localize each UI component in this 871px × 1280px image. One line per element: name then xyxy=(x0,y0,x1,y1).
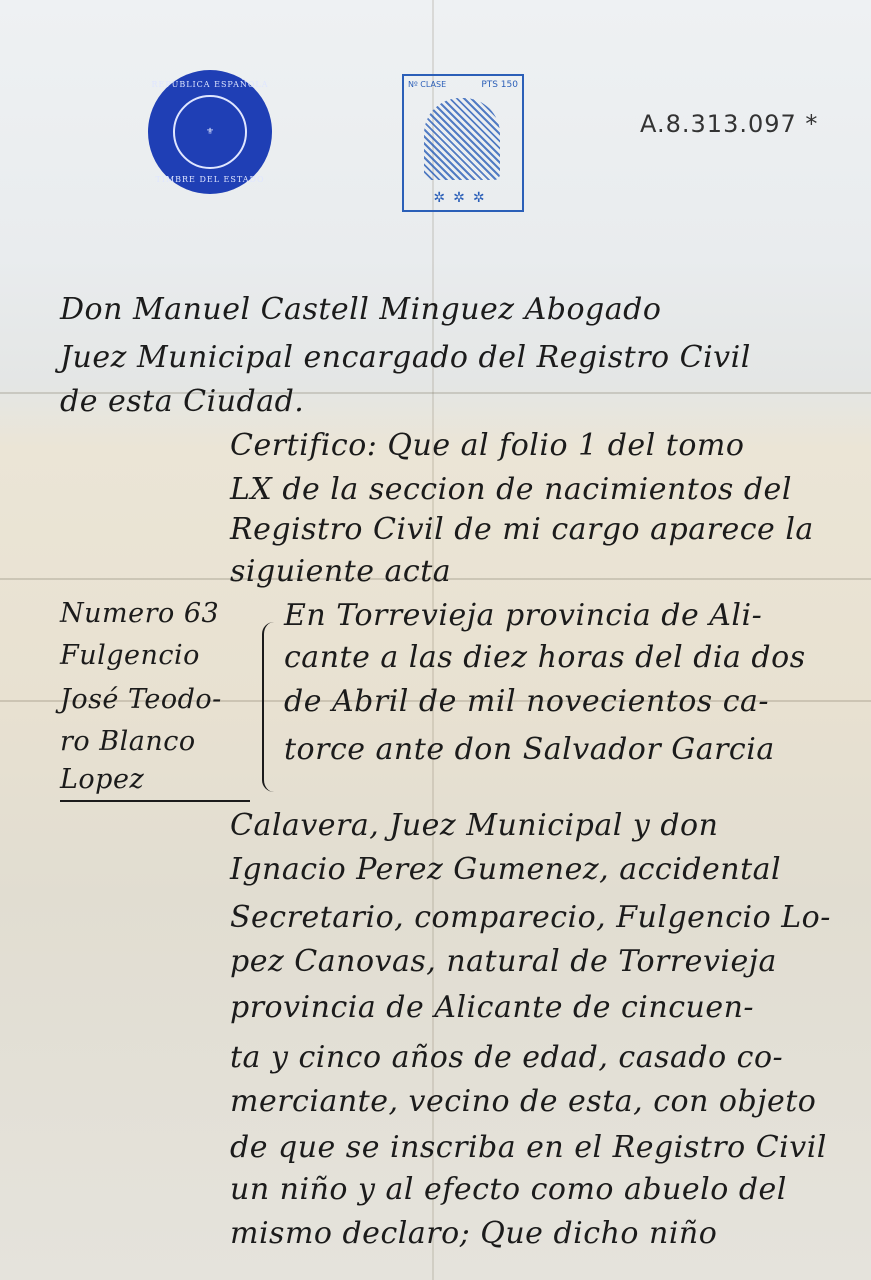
state-seal-icon: REPUBLICA ESPAÑOLA ⚜ TIMBRE DEL ESTADO xyxy=(148,70,272,194)
seal-top-text: REPUBLICA ESPAÑOLA xyxy=(148,80,272,89)
stamp-class: Nº CLASE xyxy=(408,80,446,89)
text-line: pez Canovas, natural de Torrevieja xyxy=(230,944,777,979)
margin-note-line: Lopez xyxy=(60,764,144,795)
text-line: Don Manuel Castell Minguez Abogado xyxy=(60,292,661,327)
stamp-value: PTS 150 xyxy=(481,80,518,90)
text-line: de Abril de mil novecientos ca- xyxy=(284,684,769,719)
text-line: de que se inscriba en el Registro Civil xyxy=(230,1130,827,1165)
margin-note-line: Numero 63 xyxy=(60,598,219,629)
serial-number: A.8.313.097 * xyxy=(640,110,818,138)
text-line: siguiente acta xyxy=(230,554,451,589)
margin-note-line: José Teodo- xyxy=(60,684,222,715)
text-line: En Torrevieja provincia de Ali- xyxy=(284,598,762,633)
text-line: merciante, vecino de esta, con objeto xyxy=(230,1084,816,1119)
document-page: REPUBLICA ESPAÑOLA ⚜ TIMBRE DEL ESTADO N… xyxy=(0,0,871,1280)
text-line: ta y cinco años de edad, casado co- xyxy=(230,1040,783,1075)
text-line: provincia de Alicante de cincuen- xyxy=(230,990,754,1025)
text-line: de esta Ciudad. xyxy=(60,384,304,419)
text-line: cante a las diez horas del dia dos xyxy=(284,640,806,675)
text-line: Registro Civil de mi cargo aparece la xyxy=(230,512,814,547)
brace xyxy=(262,622,278,792)
text-line: Certifico: Que al folio 1 del tomo xyxy=(230,428,744,463)
text-line: torce ante don Salvador Garcia xyxy=(284,732,775,767)
margin-note-line: ro Blanco xyxy=(60,726,196,757)
seal-bottom-text: TIMBRE DEL ESTADO xyxy=(148,175,272,184)
revenue-stamp-icon: Nº CLASE PTS 150 ✲✲✲ xyxy=(402,74,524,212)
text-line: LX de la seccion de nacimientos del xyxy=(230,472,792,507)
margin-underline xyxy=(60,800,250,802)
allegory-figure-icon xyxy=(424,98,500,180)
text-line: un niño y al efecto como abuelo del xyxy=(230,1172,787,1207)
text-line: Calavera, Juez Municipal y don xyxy=(230,808,718,843)
text-line: Ignacio Perez Gumenez, accidental xyxy=(230,852,781,887)
text-line: Secretario, comparecio, Fulgencio Lo- xyxy=(230,900,831,935)
text-line: mismo declaro; Que dicho niño xyxy=(230,1216,717,1251)
text-line: Juez Municipal encargado del Registro Ci… xyxy=(60,340,751,375)
coat-of-arms-icon: ⚜ xyxy=(173,95,247,169)
stamp-ornaments: ✲✲✲ xyxy=(404,190,522,206)
margin-note-line: Fulgencio xyxy=(60,640,200,671)
